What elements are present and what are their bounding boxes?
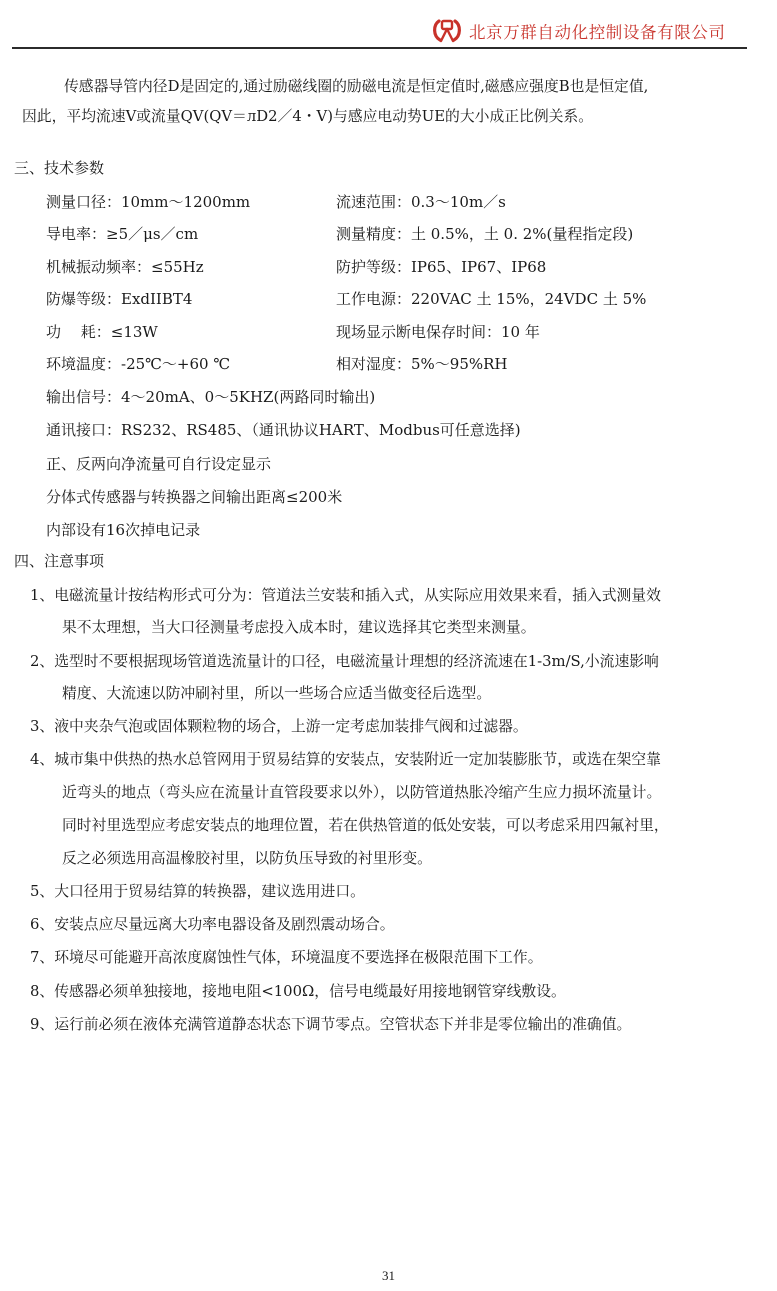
note-1-line-2: 果不太理想，当大口径测量考虑投入成本时，建议选择其它类型来测量。 xyxy=(62,618,536,638)
param-power-consumption: 功 耗：≤13W xyxy=(46,322,158,342)
note-2-line-2: 精度、大流速以防冲刷衬里，所以一些场合应适当做变径后选型。 xyxy=(62,684,491,704)
company-name: 北京万群自动化控制设备有限公司 xyxy=(469,19,726,43)
note-1-line-1: 1、电磁流量计按结构形式可分为：管道法兰安装和插入式，从实际应用效果来看，插入式… xyxy=(30,586,661,606)
note-9: 9、运行前必须在液体充满管道静态状态下调节零点。空管状态下并非是零位输出的准确值… xyxy=(30,1015,631,1035)
param-output-distance: 分体式传感器与转换器之间输出距离≤200米 xyxy=(46,487,342,507)
note-2-line-1: 2、选型时不要根据现场管道选流量计的口径，电磁流量计理想的经济流速在1-3m/S… xyxy=(30,652,659,672)
intro-line-1: 传感器导管内径D是固定的,通过励磁线圈的励磁电流是恒定值时,磁感应强度B也是恒定… xyxy=(64,77,648,97)
page-number: 31 xyxy=(0,1268,777,1284)
param-humidity: 相对湿度：5%～95%RH xyxy=(336,354,508,374)
note-7: 7、环境尽可能避开高浓度腐蚀性气体，环境温度不要选择在极限范围下工作。 xyxy=(30,948,543,968)
note-4-line-3: 同时衬里选型应考虑安装点的地理位置，若在供热管道的低处安装，可以考虑采用四氟衬里… xyxy=(62,816,669,836)
note-5: 5、大口径用于贸易结算的转换器，建议选用进口。 xyxy=(30,882,365,902)
note-8: 8、传感器必须单独接地，接地电阻<100Ω，信号电缆最好用接地钢管穿线敷设。 xyxy=(30,982,566,1002)
note-3: 3、液中夹杂气泡或固体颗粒物的场合，上游一定考虑加装排气阀和过滤器。 xyxy=(30,717,528,737)
company-logo-icon xyxy=(432,18,462,44)
note-6: 6、安装点应尽量远离大功率电器设备及剧烈震动场合。 xyxy=(30,915,395,935)
param-bidirectional-flow: 正、反两向净流量可自行设定显示 xyxy=(46,454,271,474)
note-4-line-1: 4、城市集中供热的热水总管网用于贸易结算的安装点，安装附近一定加装膨胀节，或选在… xyxy=(30,750,661,770)
param-accuracy: 测量精度：土 0.5%，土 0. 2%(量程指定段) xyxy=(336,224,633,244)
param-protection: 防护等级：IP65、IP67、IP68 xyxy=(336,257,546,277)
page-header: 北京万群自动化控制设备有限公司 xyxy=(12,14,747,49)
param-data-retention: 现场显示断电保存时间：10 年 xyxy=(336,322,540,342)
param-power-loss-record: 内部设有16次掉电记录 xyxy=(46,520,200,540)
note-4-line-4: 反之必须选用高温橡胶衬里，以防负压导致的衬里形变。 xyxy=(62,849,432,869)
section-title-notes: 四、注意事项 xyxy=(14,551,104,571)
section-title-tech-params: 三、技术参数 xyxy=(14,158,104,178)
param-comm-interface: 通讯接口：RS232、RS485、（通讯协议HART、Modbus可任意选择) xyxy=(46,420,521,440)
intro-line-2: 因此，平均流速V或流量QV(QV＝лD2／4・V)与感应电动势UE的大小成正比例… xyxy=(22,107,593,127)
param-explosion-proof: 防爆等级：ExdIIBT4 xyxy=(46,289,192,309)
param-caliber: 测量口径：10mm～1200mm xyxy=(46,192,250,212)
param-conductivity: 导电率：≥5／μs／cm xyxy=(46,224,198,244)
note-4-line-2: 近弯头的地点（弯头应在流量计直管段要求以外），以防管道热胀冷缩产生应力损坏流量计… xyxy=(62,783,661,803)
param-power-supply: 工作电源：220VAC 土 15%，24VDC 土 5% xyxy=(336,289,646,309)
param-vibration: 机械振动频率：≤55Hz xyxy=(46,257,204,277)
param-flow-range: 流速范围：0.3～10m／s xyxy=(336,192,506,212)
param-ambient-temp: 环境温度：-25℃～+60 ℃ xyxy=(46,354,230,374)
param-output-signal: 输出信号：4～20mA、0～5KHZ(两路同时输出) xyxy=(46,387,375,407)
